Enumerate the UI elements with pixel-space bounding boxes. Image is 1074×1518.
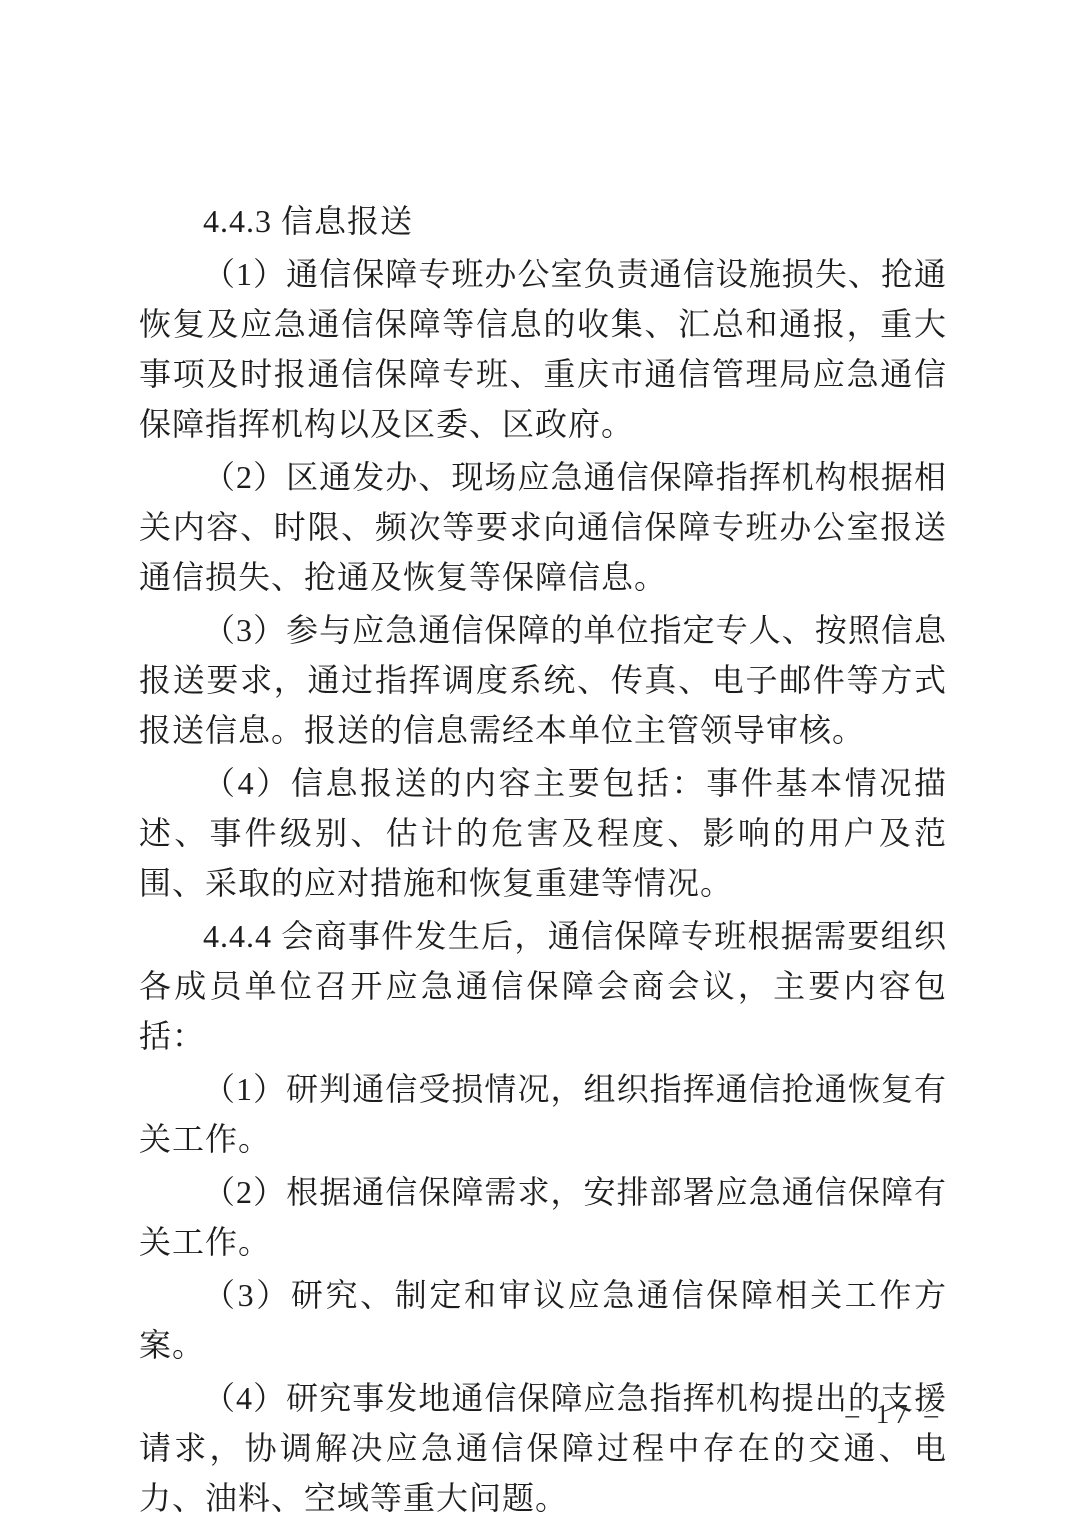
document-body: 4.4.3 信息报送 （1）通信保障专班办公室负责通信设施损失、抢通恢复及应急通… <box>139 196 947 1518</box>
section-4-4-4-item-3: （3）研究、制定和审议应急通信保障相关工作方案。 <box>139 1270 947 1370</box>
page-number: – 17 – <box>846 1398 944 1430</box>
section-4-4-3-paragraph-1: （1）通信保障专班办公室负责通信设施损失、抢通恢复及应急通信保障等信息的收集、汇… <box>139 249 947 449</box>
section-4-4-3-paragraph-4: （4）信息报送的内容主要包括：事件基本情况描述、事件级别、估计的危害及程度、影响… <box>139 758 947 908</box>
section-4-4-4-lead: 4.4.4 会商事件发生后，通信保障专班根据需要组织各成员单位召开应急通信保障会… <box>139 911 947 1061</box>
section-4-4-3-heading: 4.4.3 信息报送 <box>139 196 947 246</box>
section-4-4-4-item-4: （4）研究事发地通信保障应急指挥机构提出的支援请求，协调解决应急通信保障过程中存… <box>139 1373 947 1518</box>
section-4-4-4-item-2: （2）根据通信保障需求，安排部署应急通信保障有关工作。 <box>139 1167 947 1267</box>
section-4-4-4-item-1: （1）研判通信受损情况，组织指挥通信抢通恢复有关工作。 <box>139 1064 947 1164</box>
document-page: 4.4.3 信息报送 （1）通信保障专班办公室负责通信设施损失、抢通恢复及应急通… <box>0 0 1074 1518</box>
section-4-4-3-paragraph-3: （3）参与应急通信保障的单位指定专人、按照信息报送要求，通过指挥调度系统、传真、… <box>139 605 947 755</box>
section-4-4-3-paragraph-2: （2）区通发办、现场应急通信保障指挥机构根据相关内容、时限、频次等要求向通信保障… <box>139 452 947 602</box>
